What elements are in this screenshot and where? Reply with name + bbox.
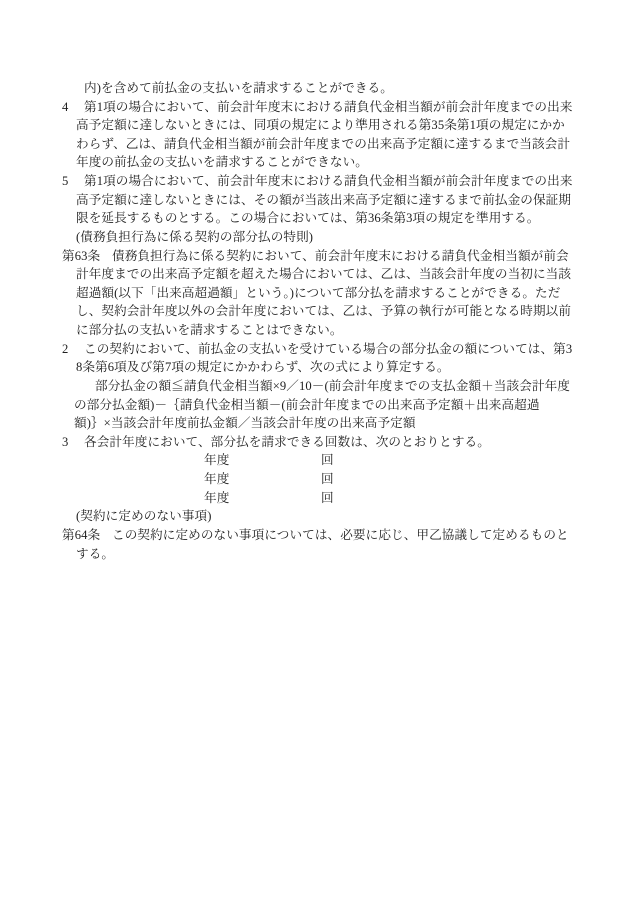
text-segment: 回: [321, 489, 334, 508]
text-line: 年度回: [0, 470, 630, 489]
text-segment: 計年度までの出来高予定額を超えた場合においては、乙は、当該会計年度の当初に当該: [76, 265, 571, 284]
text-line: 年度回: [0, 451, 630, 470]
text-segment: 内)を含めて前払金の支払いを請求することができる。: [84, 79, 393, 98]
text-segment: (債務負担行為に係る契約の部分払の特則): [76, 228, 313, 247]
text-line: に部分払の支払いを請求することはできない。: [0, 321, 630, 340]
text-line: 高予定額に達しないときには、その額が当該出来高予定額に達するまで前払金の保証期: [0, 191, 630, 210]
text-line: 限を延長するものとする。この場合においては、第36条第3項の規定を準用する。: [0, 209, 630, 228]
text-segment: に部分払の支払いを請求することはできない。: [76, 321, 343, 340]
text-line: 4第1項の場合において、前会計年度末における請負代金相当額が前会計年度までの出来: [0, 98, 630, 117]
text-segment: の部分払金額)－｛請負代金相当額－(前会計年度までの出来高予定額＋出来高超過: [74, 396, 540, 415]
text-line: 年度回: [0, 489, 630, 508]
text-line: 第63条債務負担行為に係る契約において、前会計年度末における請負代金相当額が前会: [0, 247, 630, 266]
text-segment: 年度: [204, 470, 229, 489]
text-line: 超過額(以下「出来高超過額」という。)について部分払を請求することができる。ただ: [0, 284, 630, 303]
text-segment: し、契約会計年度以外の会計年度においては、乙は、予算の執行が可能となる時期以前: [76, 302, 571, 321]
text-segment: 回: [321, 451, 334, 470]
document-page: 内)を含めて前払金の支払いを請求することができる。4第1項の場合において、前会計…: [0, 0, 630, 903]
text-line: 部分払金の額≦請負代金相当額×9／10－(前会計年度までの支払金額＋当該会計年度: [0, 377, 630, 396]
text-segment: 年度: [204, 489, 229, 508]
text-segment: 第63条: [62, 247, 100, 266]
text-line: する。: [0, 545, 630, 564]
text-segment: 年度の前払金の支払いを請求することができない。: [76, 153, 368, 172]
text-line: し、契約会計年度以外の会計年度においては、乙は、予算の執行が可能となる時期以前: [0, 302, 630, 321]
text-segment: 超過額(以下「出来高超過額」という。)について部分払を請求することができる。ただ: [76, 284, 560, 303]
text-line: (契約に定めのない事項): [0, 507, 630, 526]
text-line: の部分払金額)－｛請負代金相当額－(前会計年度までの出来高予定額＋出来高超過: [0, 396, 630, 415]
text-line: 5第1項の場合において、前会計年度末における請負代金相当額が前会計年度までの出来: [0, 172, 630, 191]
text-segment: 8条第6項及び第7項の規定にかかわらず、次の式により算定する。: [76, 358, 450, 377]
text-line: 高予定額に達しないときには、同項の規定により準用される第35条第1項の規定にかか: [0, 116, 630, 135]
text-segment: 3: [62, 433, 68, 452]
text-segment: この契約において、前払金の支払いを受けている場合の部分払金の額については、第3: [84, 340, 572, 359]
text-segment: この契約に定めのない事項については、必要に応じ、甲乙協議して定めるものと: [112, 526, 569, 545]
text-segment: わらず、乙は、請負代金相当額が前会計年度までの出来高予定額に達するまで当該会計: [76, 135, 570, 154]
text-segment: する。: [76, 545, 114, 564]
text-line: (債務負担行為に係る契約の部分払の特則): [0, 228, 630, 247]
text-segment: 第1項の場合において、前会計年度末における請負代金相当額が前会計年度までの出来: [84, 98, 573, 117]
text-segment: 回: [321, 470, 334, 489]
text-line: 年度の前払金の支払いを請求することができない。: [0, 153, 630, 172]
text-segment: 債務負担行為に係る契約において、前会計年度末における請負代金相当額が前会: [112, 247, 569, 266]
text-segment: 4: [62, 98, 68, 117]
text-line: 3各会計年度において、部分払を請求できる回数は、次のとおりとする。: [0, 433, 630, 452]
text-segment: 第64条: [62, 526, 100, 545]
text-segment: 年度: [204, 451, 229, 470]
text-segment: 5: [62, 172, 68, 191]
text-segment: 各会計年度において、部分払を請求できる回数は、次のとおりとする。: [84, 433, 490, 452]
text-segment: 高予定額に達しないときには、同項の規定により準用される第35条第1項の規定にかか: [76, 116, 565, 135]
text-line: 8条第6項及び第7項の規定にかかわらず、次の式により算定する。: [0, 358, 630, 377]
text-line: 第64条この契約に定めのない事項については、必要に応じ、甲乙協議して定めるものと: [0, 526, 630, 545]
text-segment: 高予定額に達しないときには、その額が当該出来高予定額に達するまで前払金の保証期: [76, 191, 571, 210]
text-segment: 第1項の場合において、前会計年度末における請負代金相当額が前会計年度までの出来: [84, 172, 573, 191]
text-segment: (契約に定めのない事項): [76, 507, 212, 526]
text-line: 内)を含めて前払金の支払いを請求することができる。: [0, 79, 630, 98]
text-segment: 限を延長するものとする。この場合においては、第36条第3項の規定を準用する。: [76, 209, 539, 228]
text-line: 計年度までの出来高予定額を超えた場合においては、乙は、当該会計年度の当初に当該: [0, 265, 630, 284]
text-line: わらず、乙は、請負代金相当額が前会計年度までの出来高予定額に達するまで当該会計: [0, 135, 630, 154]
text-segment: 2: [62, 340, 68, 359]
text-line: 額)｝×当該会計年度前払金額／当該会計年度の出来高予定額: [0, 414, 630, 433]
text-segment: 部分払金の額≦請負代金相当額×9／10－(前会計年度までの支払金額＋当該会計年度: [95, 377, 570, 396]
text-segment: 額)｝×当該会計年度前払金額／当該会計年度の出来高予定額: [74, 414, 416, 433]
text-line: 2この契約において、前払金の支払いを受けている場合の部分払金の額については、第3: [0, 340, 630, 359]
text-block: 内)を含めて前払金の支払いを請求することができる。4第1項の場合において、前会計…: [0, 0, 630, 903]
